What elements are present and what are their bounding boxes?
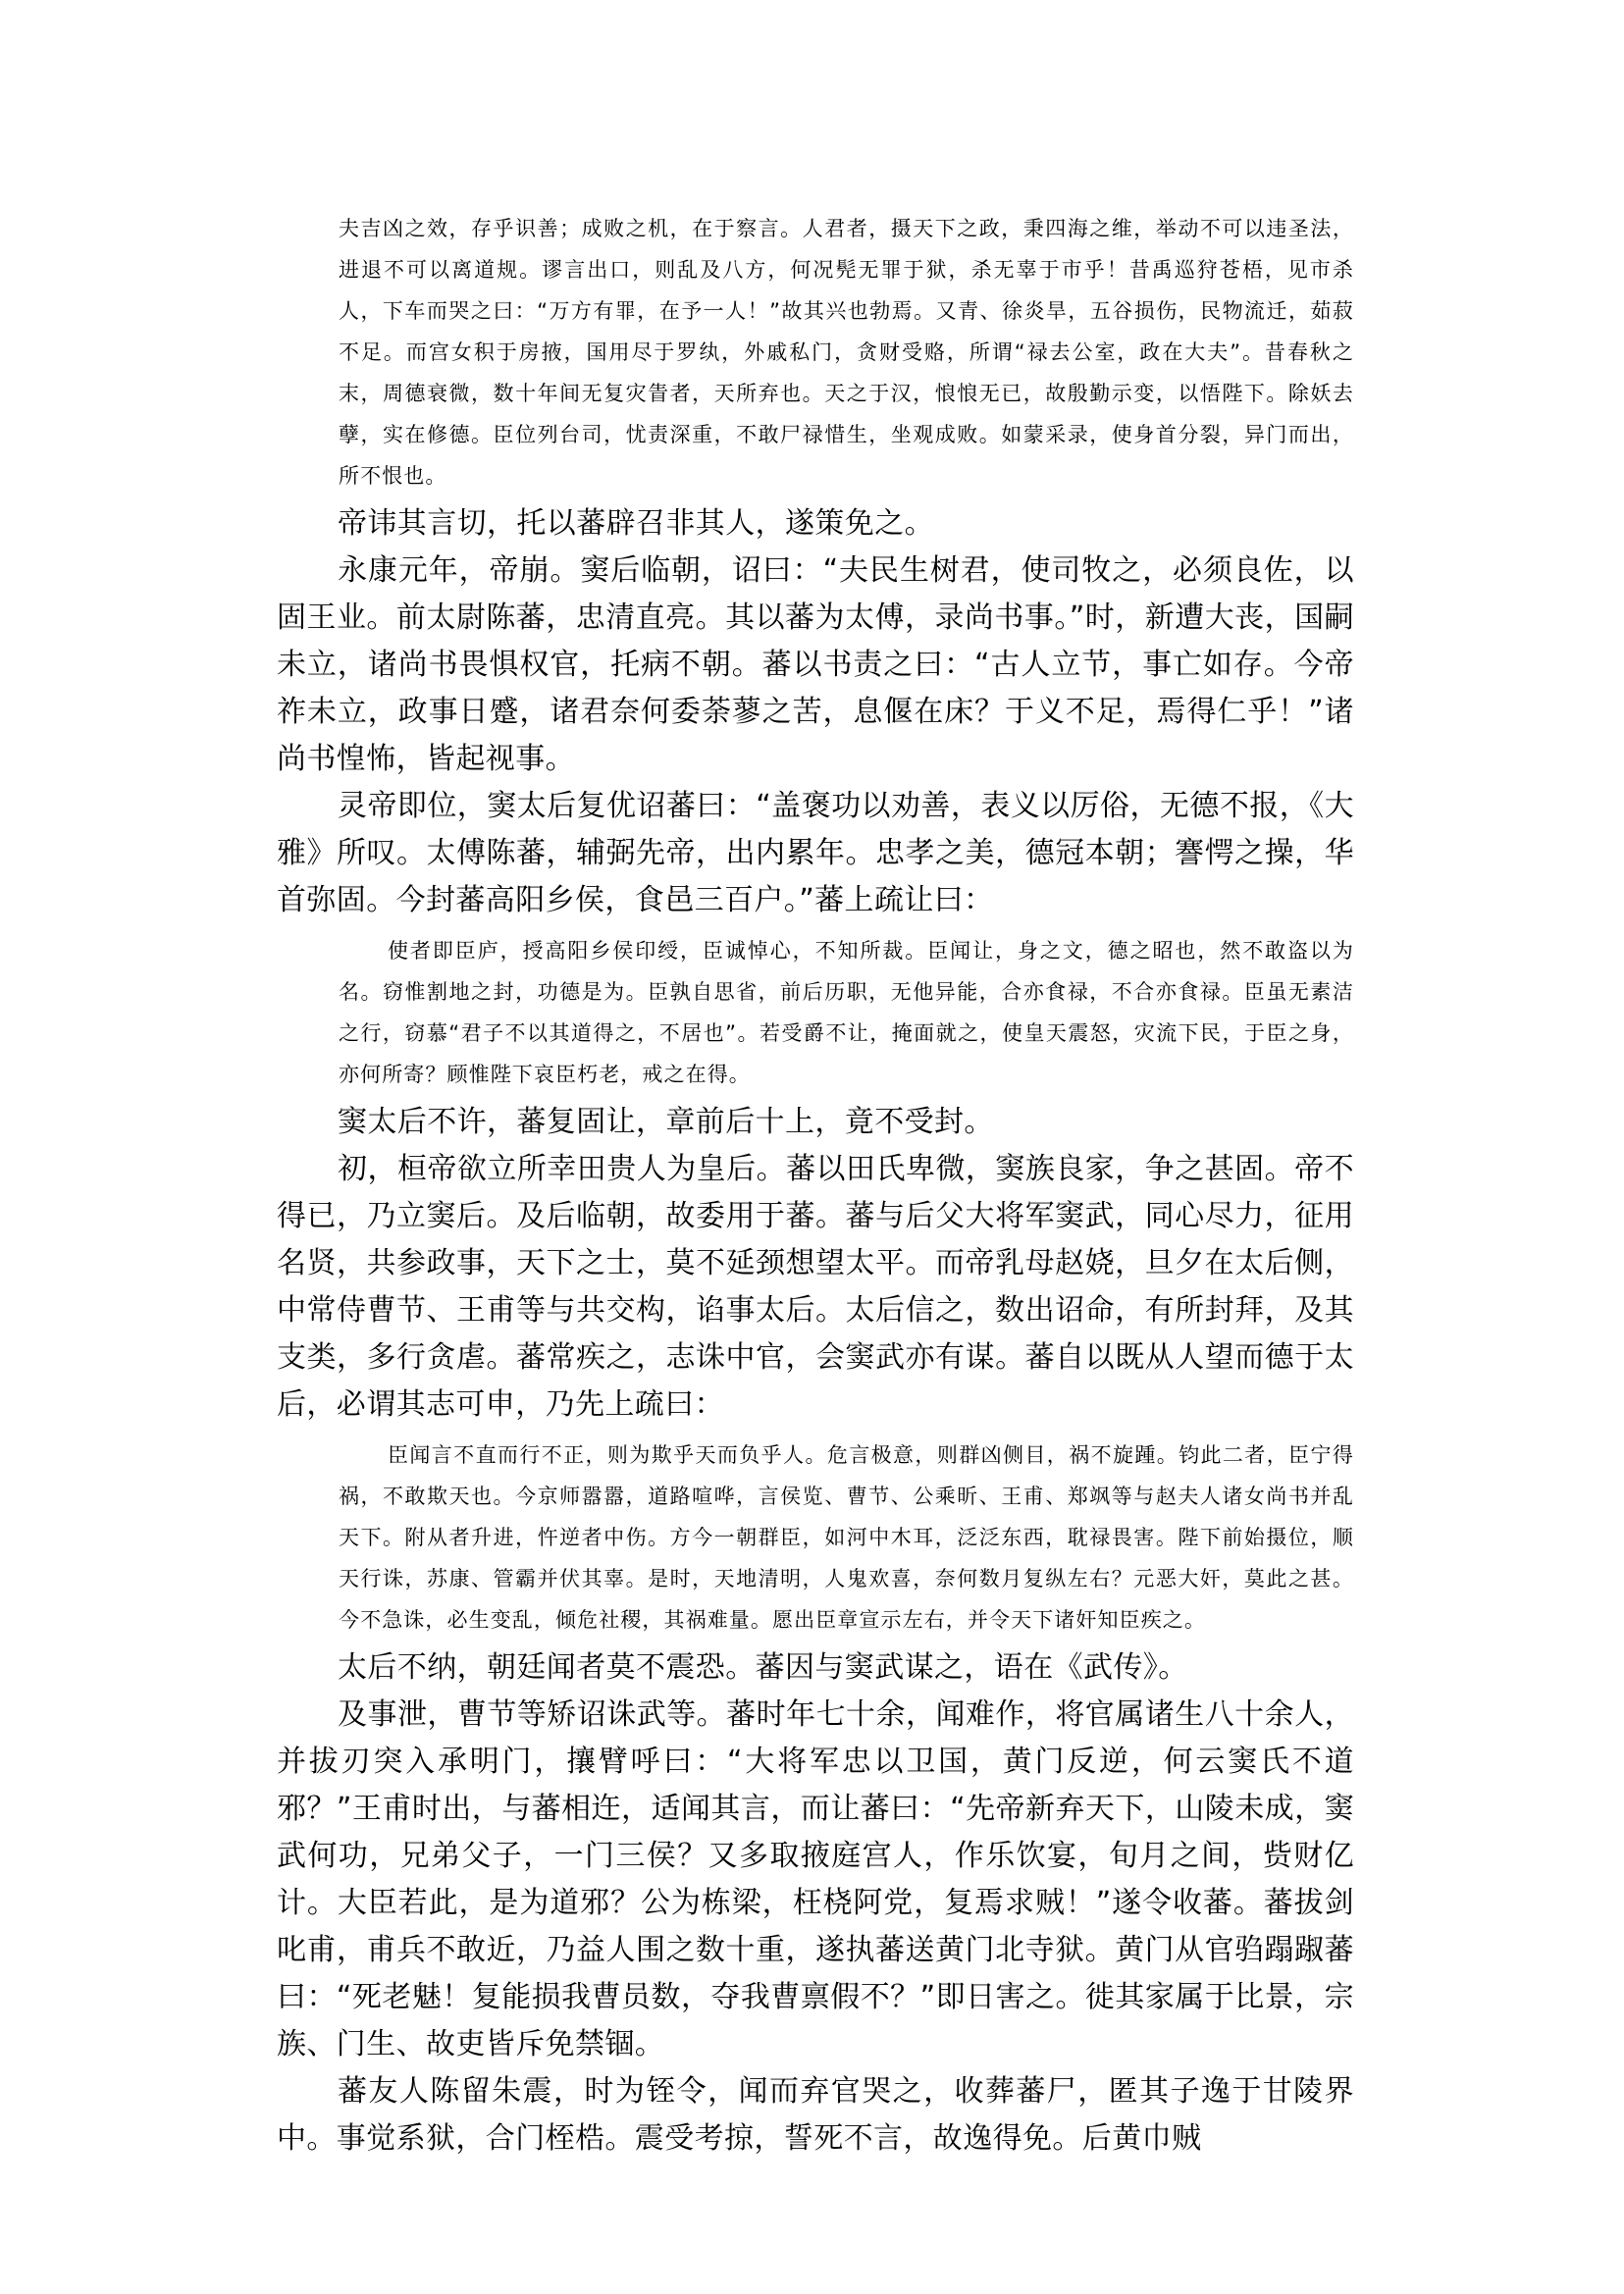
paragraph-empress-rejects: 太后不纳，朝廷闻者莫不震恐。蕃因与窦武谋之，语在《武传》。 (277, 1644, 1354, 1692)
paragraph-zhu-zhen: 蕃友人陈留朱震，时为铚令，闻而弃官哭之，收葬蕃尸，匿其子逸于甘陵界中。事觉系狱，… (277, 2068, 1354, 2163)
paragraph-yongkang-first-year: 永康元年，帝崩。窦后临朝，诏曰：“夫民生树君，使司牧之，必须良佐，以固王业。前太… (277, 547, 1354, 783)
memorial-quote-chen-fan-remonstrance: 夫吉凶之效，存乎识善；成败之机，在于察言。人君者，摄天下之政，秉四海之维，举动不… (339, 208, 1354, 496)
document-page: 夫吉凶之效，存乎识善；成败之机，在于察言。人君者，摄天下之政，秉四海之维，举动不… (277, 208, 1354, 2163)
memorial-quote-eunuchs: 臣闻言不直而行不正，则为欺乎天而负乎人。危言极意，则群凶侧目，祸不旋踵。钧此二者… (339, 1434, 1354, 1641)
paragraph-huandi-empress: 初，桓帝欲立所幸田贵人为皇后。蕃以田氏卑微，窦族良家，争之甚固。帝不得已，乃立窦… (277, 1146, 1354, 1429)
paragraph-empress-refuses: 窦太后不许，蕃复固让，章前后十上，竟不受封。 (277, 1099, 1354, 1146)
memorial-quote-decline-fief: 使者即臣庐，授高阳乡侯印绶，臣诚悼心，不知所裁。臣闻让，身之文，德之昭也，然不敢… (339, 930, 1354, 1095)
paragraph-lingdi-enthroned: 灵帝即位，窦太后复优诏蕃曰：“盖褒功以劝善，表义以厉俗，无德不报，《大雅》所叹。… (277, 783, 1354, 924)
paragraph-plot-leaked: 及事泄，曹节等矫诏诛武等。蕃时年七十余，闻难作，将官属诸生八十余人，并拔刃突入承… (277, 1692, 1354, 2068)
paragraph-emperor-dismisses: 帝讳其言切，托以蕃辟召非其人，遂策免之。 (277, 500, 1354, 547)
